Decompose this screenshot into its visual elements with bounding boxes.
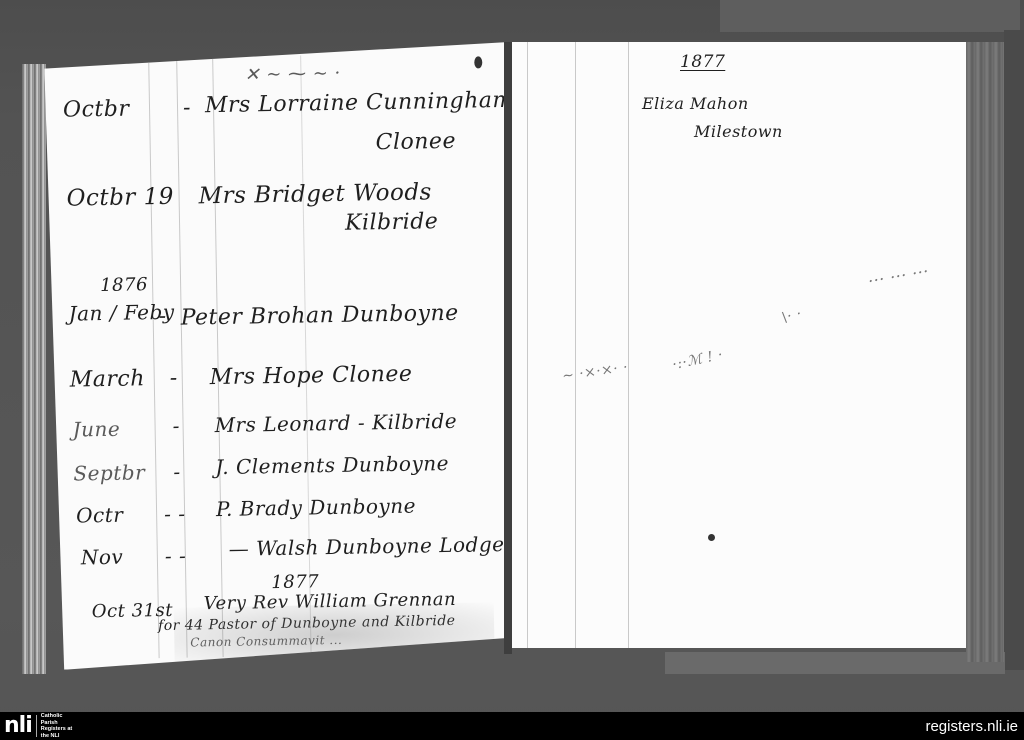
book-gutter <box>504 42 512 654</box>
register-page-left: Octbr - Mrs Lorraine Cunningham Clonee ✕… <box>44 42 523 670</box>
ruled-column-line <box>300 56 311 656</box>
entry-date: Nov <box>81 545 124 570</box>
scan-background-patch <box>720 0 1020 32</box>
faded-text: ·:·ℳ ! · <box>671 347 725 373</box>
entry-name: J. Clements Dunboyne <box>215 451 449 479</box>
faded-text: ~ ·×·×· · <box>561 359 629 384</box>
entry-place: Kilbride <box>345 209 439 236</box>
page-stack-edges-right <box>966 42 1004 662</box>
brand-line: the NLI <box>41 733 81 740</box>
entry-date: Octr <box>76 503 124 528</box>
ruled-column-line <box>575 42 576 648</box>
entry-name: Eliza Mahon <box>642 94 749 113</box>
page-smudge <box>174 602 495 668</box>
year-heading: 1877 <box>680 52 725 72</box>
entry-dash: - <box>173 460 181 484</box>
entry-date: Octbr 19 <box>66 184 174 212</box>
entry-date: Octbr <box>63 97 130 123</box>
entry-place: Milestown <box>694 122 783 141</box>
entry-name: Mrs Lorraine Cunningham <box>205 88 514 118</box>
ruled-column-line <box>628 42 629 648</box>
ink-blot <box>708 534 715 541</box>
year-heading: 1876 <box>100 274 148 296</box>
brand-line: Catholic Parish <box>41 713 81 726</box>
entry-dash: - <box>172 414 180 438</box>
faded-text: ... ... ... <box>866 257 930 286</box>
register-image-viewer: Octbr - Mrs Lorraine Cunningham Clonee ✕… <box>0 0 1024 740</box>
entry-date: Septbr <box>73 460 145 485</box>
ruled-column-line <box>212 57 223 657</box>
page-stack-edges-left <box>22 64 46 674</box>
ruled-column-line <box>148 58 159 658</box>
site-link[interactable]: registers.nli.ie <box>925 718 1018 735</box>
entry-dash: - <box>158 304 166 329</box>
entry-dash: - - <box>165 544 187 568</box>
entry-name: P. Brady Dunboyne <box>216 494 416 521</box>
entry-name: Peter Brohan Dunboyne <box>180 301 458 331</box>
entry-name: Mrs Bridget Woods <box>198 179 432 209</box>
entry-date: March <box>70 366 146 392</box>
entry-date: June <box>72 417 120 442</box>
brand-text: Catholic Parish Registers at the NLI <box>41 713 81 739</box>
faded-text: \· · <box>780 306 803 326</box>
nli-logo: nli <box>4 715 37 737</box>
entry-name: Mrs Leonard - Kilbride <box>214 409 457 437</box>
ruled-column-line <box>527 42 528 648</box>
entry-dash: - <box>170 366 178 391</box>
entry-dash: - <box>183 95 191 120</box>
year-heading: 1877 <box>271 571 319 593</box>
struck-text: ✕ ~ ⁓ ~ · <box>244 63 341 86</box>
scan-background-patch <box>665 652 1005 674</box>
entry-name: — Walsh Dunboyne Lodge <box>229 532 505 561</box>
nli-brand[interactable]: nli Catholic Parish Registers at the NLI <box>4 712 81 740</box>
entry-dash: - - <box>164 502 186 526</box>
register-page-right: 1877 Eliza Mahon Milestown ~ ·×·×· · ·:·… <box>512 42 975 648</box>
ink-blot <box>474 56 482 68</box>
book-cover-edge <box>1004 30 1024 670</box>
entry-place: Clonee <box>375 129 456 155</box>
footer-bar: nli Catholic Parish Registers at the NLI… <box>0 712 1024 740</box>
entry-name: Mrs Hope Clonee <box>210 362 413 391</box>
